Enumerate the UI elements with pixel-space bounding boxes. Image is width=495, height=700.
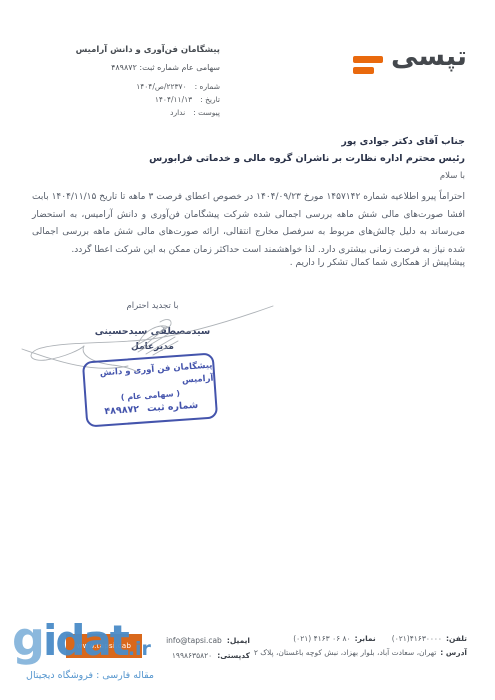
gidat-watermark: gidat.ir مقاله فارسی : فروشگاه دیجیتال bbox=[12, 617, 154, 681]
letter-date-value: ۱۴۰۴/۱۱/۱۳ bbox=[155, 94, 192, 105]
stamp-registration: شماره ثبت ۴۸۹۸۷۲ bbox=[104, 399, 199, 420]
recipient-name: جناب آقای دکتر جوادی پور bbox=[30, 134, 465, 149]
stamp-registration-number: ۴۸۹۸۷۲ bbox=[104, 403, 140, 419]
letter-page: تپسی پیشگامان فن‌آوری و دانش آرامیس سهام… bbox=[0, 0, 495, 700]
company-name: پیشگامان فن‌آوری و دانش آرامیس bbox=[30, 44, 220, 57]
letter-number-value: ۲۲۳۷۰/ص/۱۴۰۴ bbox=[136, 81, 186, 92]
letter-date-label: تاریخ : bbox=[200, 94, 220, 105]
logo-bar-bottom bbox=[353, 67, 374, 74]
letter-number-row: شماره : ۲۲۳۷۰/ص/۱۴۰۴ bbox=[30, 81, 220, 92]
letterhead-block: پیشگامان فن‌آوری و دانش آرامیس سهامی عام… bbox=[30, 44, 220, 118]
company-stamp: پیشگامان فن آوری و دانش آرامیس ( سهامی ع… bbox=[82, 352, 218, 427]
address-row: آدرس : تهران، سعادت آباد، بلوار بهزاد، ن… bbox=[255, 647, 467, 659]
email-row: ایمیل: info@tapsi.cab bbox=[138, 635, 250, 646]
salutation: با سلام bbox=[30, 171, 465, 181]
fax-value: ۸۰ ۰۶ ۴۱۶۳ (۰۲۱) bbox=[293, 633, 350, 645]
gidat-subtitle: مقاله فارسی : فروشگاه دیجیتال bbox=[12, 670, 154, 681]
tapsi-logo-text: تپسی bbox=[391, 42, 467, 72]
footer-email-block: ایمیل: info@tapsi.cab کدپستی: ۱۹۹۸۶۳۵۸۲۰ bbox=[138, 635, 250, 661]
postal-value: ۱۹۹۸۶۳۵۸۲۰ bbox=[172, 650, 212, 661]
phone-label: تلفن: bbox=[446, 633, 467, 645]
logo-bar-top bbox=[353, 56, 383, 63]
gidat-logo: gidat.ir bbox=[12, 617, 154, 672]
gidat-logo-tld: .ir bbox=[128, 638, 151, 660]
email-label: ایمیل: bbox=[227, 635, 250, 646]
address-label: آدرس : bbox=[440, 647, 467, 659]
gidat-logo-g: g bbox=[12, 612, 43, 666]
phone-item: تلفن: ۴۱۶۳۰۰۰۰(۰۲۱) bbox=[392, 633, 467, 645]
tapsi-logo-icon bbox=[353, 56, 383, 74]
letter-body: احتراماً پیرو اطلاعیه شماره ۱۴۵۷۱۴۲ مورخ… bbox=[32, 189, 465, 259]
signer-role: مدیرعامل bbox=[90, 341, 215, 353]
recipient-title: رئیس محترم اداره نظارت بر ناشران گروه ما… bbox=[30, 151, 465, 166]
letter-attachment-row: پیوست : ندارد bbox=[30, 107, 220, 118]
letter-date-row: تاریخ : ۱۴۰۴/۱۱/۱۳ bbox=[30, 94, 220, 105]
signature-block: با تجدید احترام سیدمصطفی سیدحسینی مدیرعا… bbox=[90, 300, 215, 353]
registration-line: سهامی عام شماره ثبت: ۴۸۹۸۷۲ bbox=[30, 61, 220, 74]
phone-value: ۴۱۶۳۰۰۰۰(۰۲۱) bbox=[392, 633, 442, 645]
recipient-block: جناب آقای دکتر جوادی پور رئیس محترم ادار… bbox=[30, 134, 465, 181]
tapsi-logo: تپسی bbox=[353, 42, 467, 74]
letter-attachment-label: پیوست : bbox=[193, 107, 220, 118]
footer-contact-block: تلفن: ۴۱۶۳۰۰۰۰(۰۲۱) نمابر: ۸۰ ۰۶ ۴۱۶۳ (۰… bbox=[255, 633, 467, 659]
phone-fax-row: تلفن: ۴۱۶۳۰۰۰۰(۰۲۱) نمابر: ۸۰ ۰۶ ۴۱۶۳ (۰… bbox=[255, 633, 467, 645]
letter-number-label: شماره : bbox=[195, 81, 220, 92]
respect-line: با تجدید احترام bbox=[90, 300, 215, 313]
stamp-registration-label: شماره ثبت bbox=[147, 399, 199, 417]
postal-label: کدپستی: bbox=[217, 650, 250, 661]
gidat-logo-main: idat bbox=[43, 616, 128, 665]
address-value: تهران، سعادت آباد، بلوار بهزاد، نبش کوچه… bbox=[254, 647, 436, 659]
letter-closing: پیشاپیش از همکاری شما کمال تشکر را داریم… bbox=[290, 258, 465, 268]
postal-row: کدپستی: ۱۹۹۸۶۳۵۸۲۰ bbox=[138, 650, 250, 661]
signer-name: سیدمصطفی سیدحسینی bbox=[90, 325, 215, 338]
email-value: info@tapsi.cab bbox=[166, 635, 222, 646]
letter-attachment-value: ندارد bbox=[170, 107, 185, 118]
fax-item: نمابر: ۸۰ ۰۶ ۴۱۶۳ (۰۲۱) bbox=[293, 633, 376, 645]
fax-label: نمابر: bbox=[355, 633, 376, 645]
letter-meta-fields: شماره : ۲۲۳۷۰/ص/۱۴۰۴ تاریخ : ۱۴۰۴/۱۱/۱۳ … bbox=[30, 81, 220, 118]
